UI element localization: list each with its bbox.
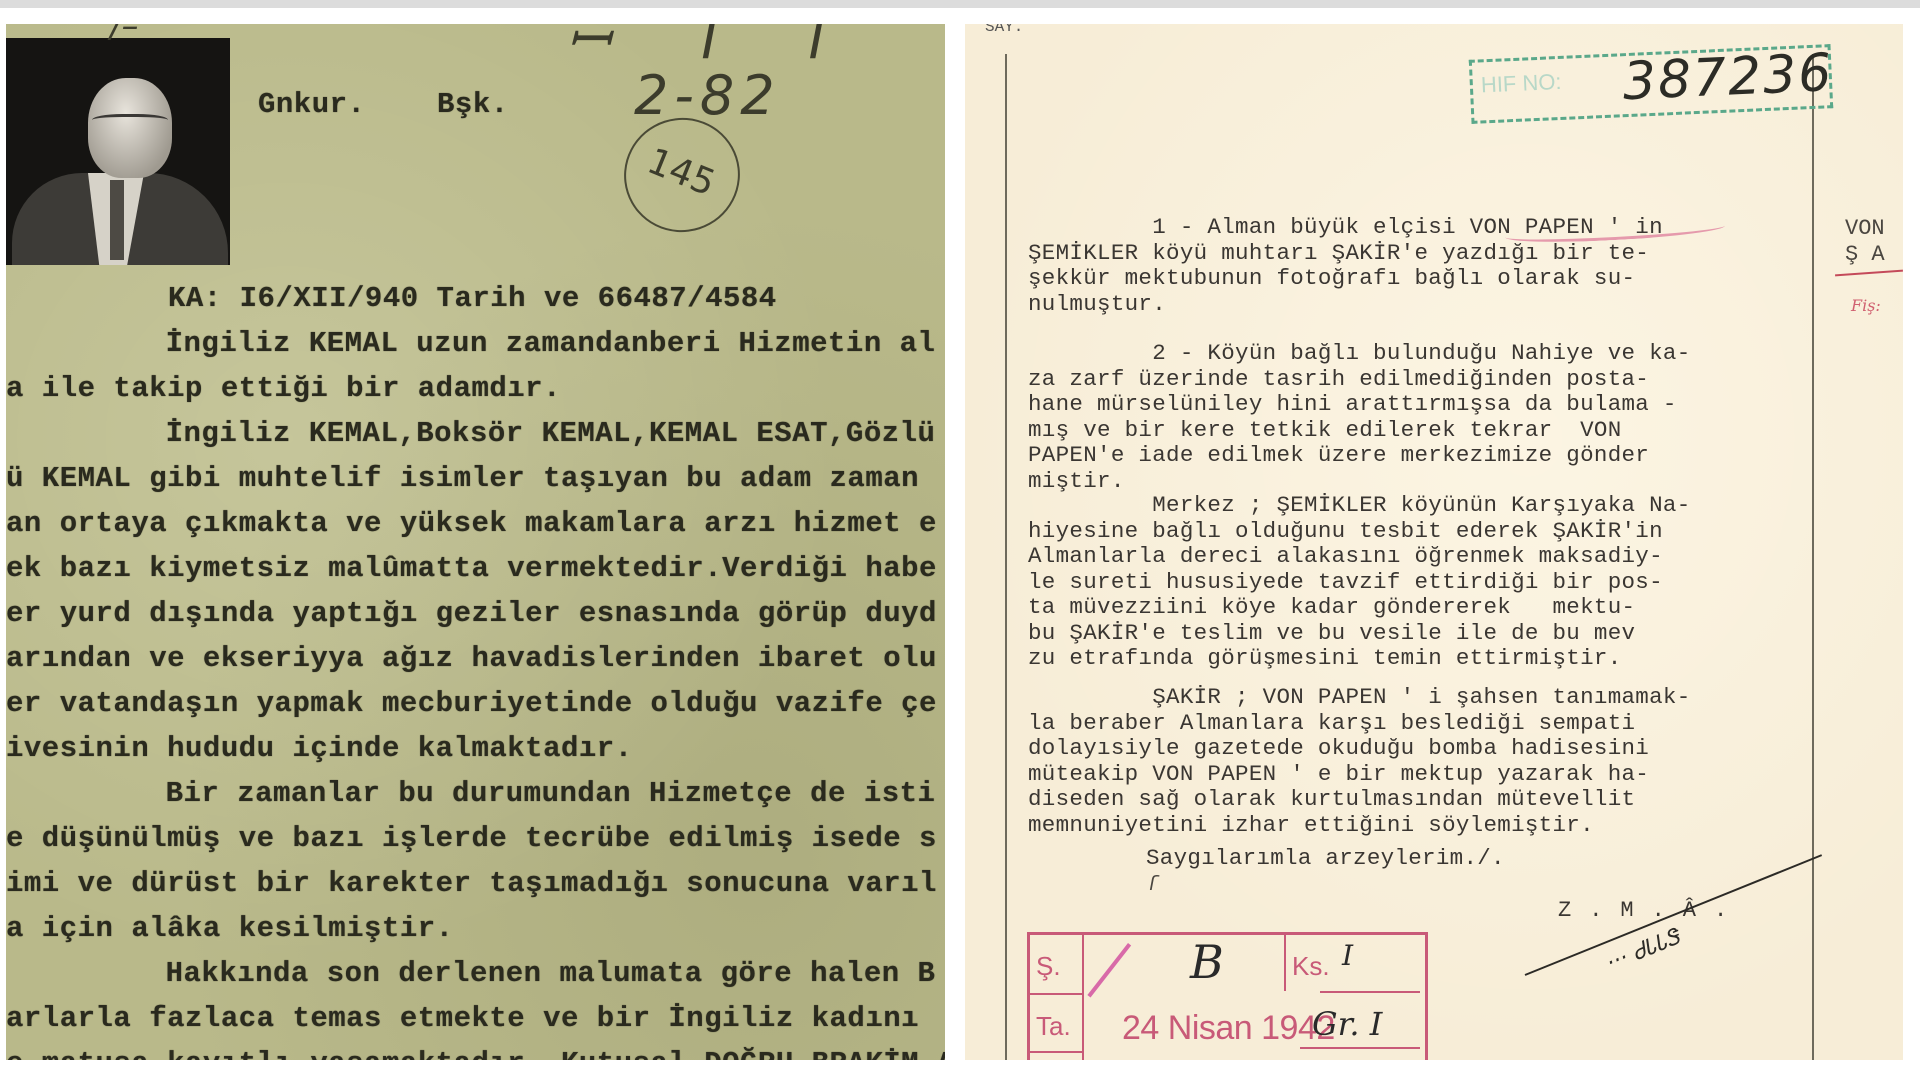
stamp-divider [1082,935,1084,1060]
doc-line: a için alâka kesilmiştir. [6,912,454,945]
doc-line: e matusa kayıtlı yaşamaktadır. Kutusal D… [6,1047,945,1060]
file-number-value: 387236 [1622,43,1835,112]
pink-check-mark [1087,943,1131,997]
doc-line: e düşünülmüş ve bazı işlerde tecrübe edi… [6,822,937,855]
doc-line: KA: I6/XII/940 Tarih ve 66487/4584 [168,282,777,315]
closing-mark: ſ [1147,874,1159,897]
circled-number-text: 145 [622,133,741,213]
stamp-date: 24 Nisan 1942 [1122,1009,1335,1048]
file-number-stamp: HIF NO: 387236 [1469,44,1833,124]
handwritten-reference: 2-82 [634,64,781,127]
doc-line: er yurd dışında yaptığı geziler esnasınd… [6,597,937,630]
registry-stamp: Ş. Ta. B Ks. I 24 Nisan 1942 Gr. I [1027,932,1428,1060]
right-document-scan: SAY. HIF NO: 387236 1 - Alman büyük elçi… [965,24,1903,1060]
stamp-gr-value: Gr. I [1312,1005,1382,1043]
stamp-handwritten-initial: B [1190,935,1224,989]
margin-fis-note: Fiş: [1851,296,1881,315]
right-margin-rule [1812,54,1814,1060]
photo-tie [110,180,124,260]
doc-line: arından ve ekseriyya ağız havadislerinde… [6,642,937,675]
margin-note: VON Ş A [1845,216,1885,268]
file-number-label: HIF NO: [1480,69,1562,98]
portrait-photo [6,38,230,265]
doc-line: İngiliz KEMAL uzun zamandanberi Hizmetin… [94,327,935,360]
doc-line: a ile takip ettiği bir adamdır. [6,372,561,405]
doc-line: an ortaya çıkmakta ve yüksek makamlara a… [6,507,937,540]
doc-line: ü KEMAL gibi muhtelif isimler taşıyan bu… [6,462,919,495]
doc-line: İngiliz KEMAL,Boksör KEMAL,KEMAL ESAT,Gö… [94,417,935,450]
doc-line: Hakkında son derlenen malumata göre hale… [94,957,935,990]
stamp-divider [1030,1051,1082,1053]
paragraph-2: 2 - Köyün bağlı bulunduğu Nahiye ve ka- … [1028,341,1691,494]
handwritten-mark-top-left: /– [110,24,138,46]
doc-line: ivesinin hududu içinde kalmaktadır. [6,732,633,765]
doc-line: imi ve dürüst bir karekter taşımadığı so… [6,867,937,900]
doc-line: ek bazı kiymetsiz malûmatta vermektedir.… [6,552,937,585]
stamp-ks-label: Ks. [1292,951,1330,982]
stamp-divider [1284,935,1286,991]
stamp-divider [1320,991,1420,993]
paragraph-1: 1 - Alman büyük elçisi VON PAPEN ' in ŞE… [1028,215,1663,317]
signature-scrawl: ··· ᏧᏓᏓᏕ [1603,925,1683,977]
stamp-divider [1030,993,1082,995]
left-document-scan: /– ꟷ Ꞁ Ꞁ 2-82 145 Gnkur. Bşk. KA: I6/XII… [6,24,945,1060]
signatory-initials: Z.M.Â. [1558,898,1745,923]
stamp-s-label: Ş. [1036,951,1061,982]
paragraph-4: ŞAKİR ; VON PAPEN ' i şahsen tanımamak- … [1028,685,1691,838]
doc-line: er vatandaşın yapmak mecburiyetinde oldu… [6,687,937,720]
photo-glasses [92,114,168,129]
closing-line: Saygılarımla arzeylerim./. [1146,846,1505,872]
stamp-ks-value: I [1342,939,1353,972]
top-fragment-text: SAY. [985,24,1023,36]
margin-underline [1835,270,1903,277]
doc-line: Bir zamanlar bu durumundan Hizmetçe de i… [94,777,935,810]
document-header: Gnkur. Bşk. [258,88,509,121]
paragraph-3: Merkez ; ŞEMİKLER köyünün Karşıyaka Na- … [1028,493,1691,672]
left-margin-rule [1005,54,1007,1060]
doc-line: arlarla fazlaca temas etmekte ve bir İng… [6,1002,919,1035]
stamp-ta-label: Ta. [1036,1011,1071,1042]
top-border-strip [0,0,1920,8]
